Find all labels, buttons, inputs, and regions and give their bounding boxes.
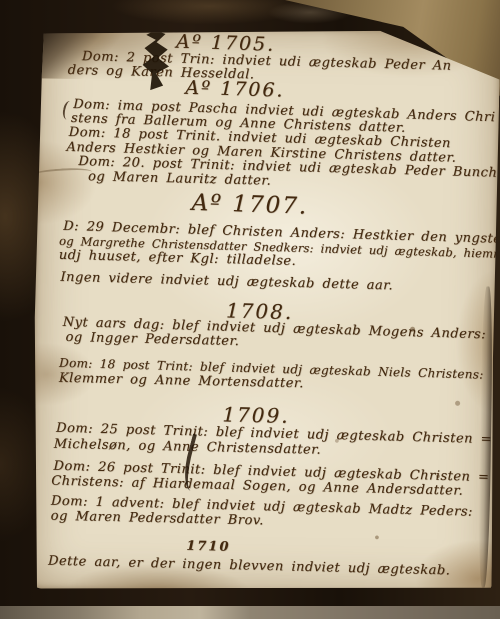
entry-line: Ingen videre indviet udj ægteskab dette … [60, 270, 393, 294]
year-heading-1706: Aº 1706. [185, 77, 285, 102]
entry-line: Dette aar, er der ingen blevven indviet … [48, 554, 451, 579]
entry-line: og Maren Lauritz datter. [88, 169, 272, 188]
manuscript-photo: Aº 1705. Dom: 2 post Trin: indviet udi æ… [0, 0, 500, 619]
year-heading-1710: 1710 [186, 539, 231, 555]
parish-register-page: Aº 1705. Dom: 2 post Trin: indviet udi æ… [30, 24, 500, 595]
entry-line: og Ingger Pedersdatter. [65, 330, 239, 349]
year-heading-1709: 1709. [222, 402, 290, 428]
year-heading-1707: Aº 1707. [191, 190, 308, 220]
table-surface-bottom [0, 606, 500, 619]
